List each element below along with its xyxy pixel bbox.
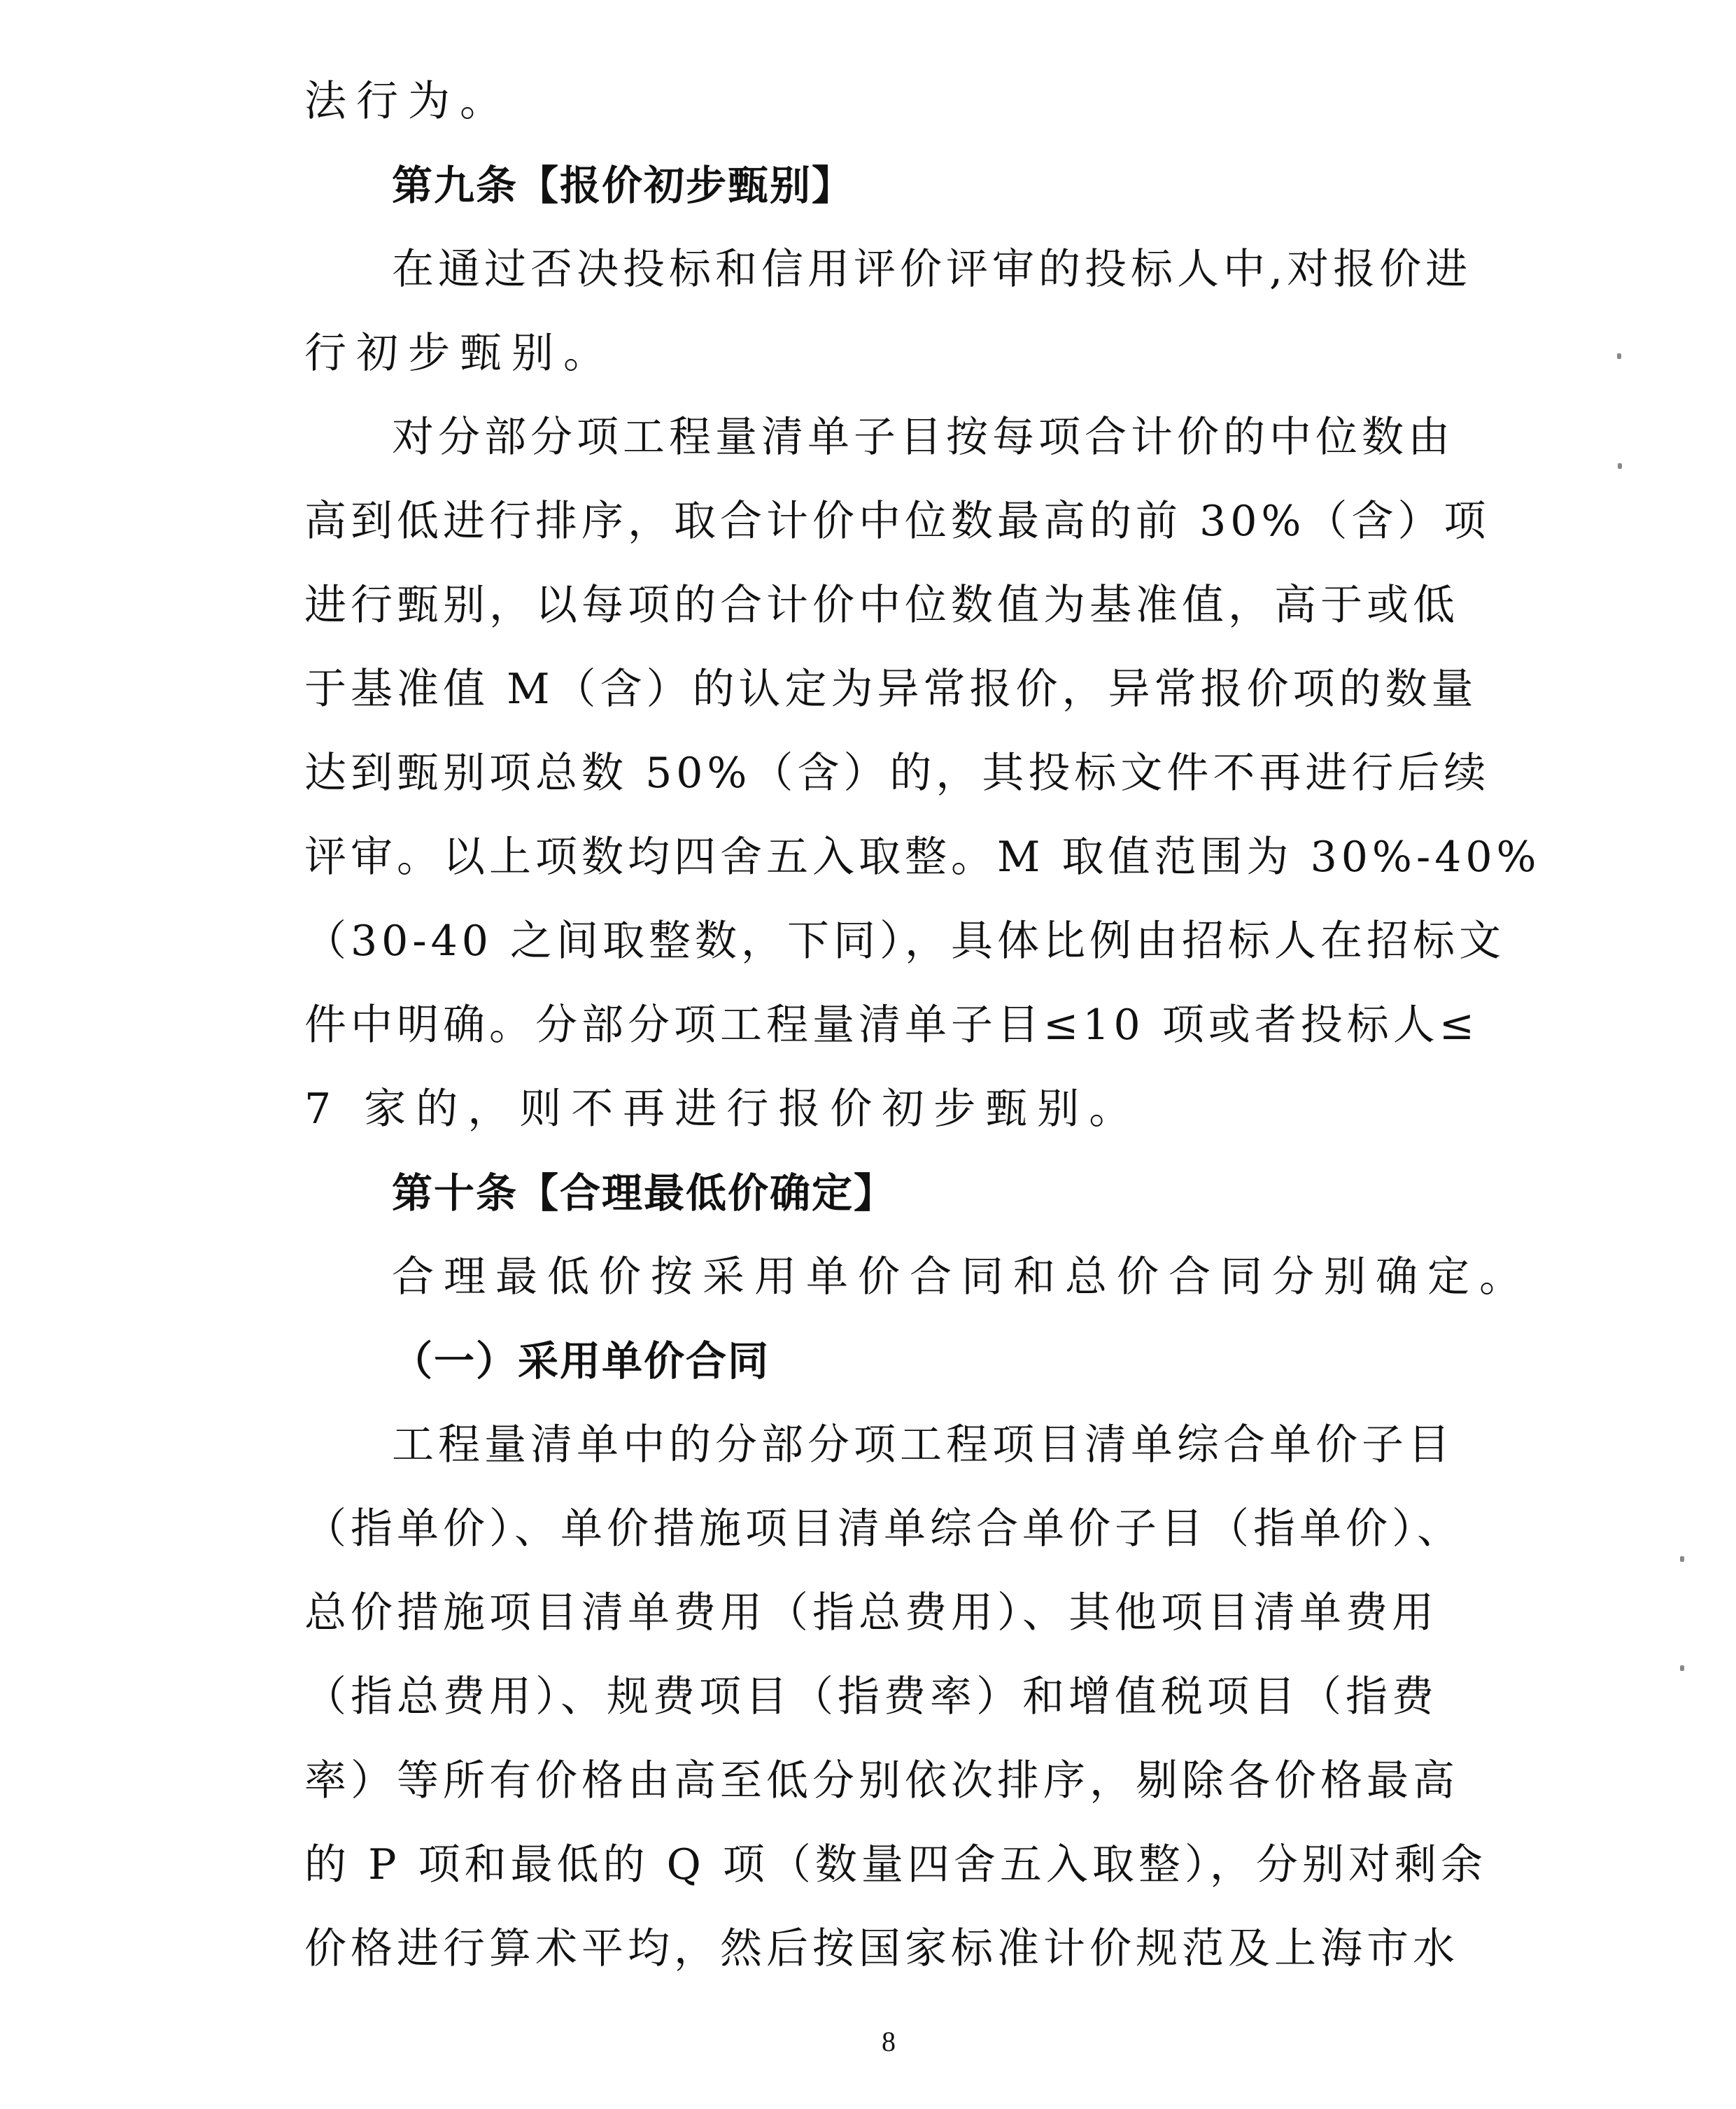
body-line: 在通过否决投标和信用评价评审的投标人中,对报价进 bbox=[392, 227, 1420, 311]
body-line: 件中明确。分部分项工程量清单子目≤10 项或者投标人≤ bbox=[304, 983, 1420, 1067]
body-line: 进行甄别，以每项的合计价中位数值为基准值，高于或低 bbox=[304, 563, 1420, 647]
article-9-heading: 第九条【报价初步甄别】 bbox=[392, 143, 854, 227]
page-number: 8 bbox=[868, 2022, 910, 2061]
body-line: 于基准值 M（含）的认定为异常报价，异常报价项的数量 bbox=[304, 647, 1420, 731]
body-line: 高到低进行排序，取合计价中位数最高的前 30%（含）项 bbox=[304, 479, 1420, 563]
body-line: 的 P 项和最低的 Q 项（数量四舍五入取整），分别对剩余 bbox=[304, 1823, 1420, 1907]
body-line: 工程量清单中的分部分项工程项目清单综合单价子目 bbox=[392, 1403, 1420, 1487]
body-line: （指总费用）、规费项目（指费率）和增值税项目（指费 bbox=[304, 1655, 1420, 1739]
body-line: （30-40 之间取整数，下同），具体比例由招标人在招标文 bbox=[304, 899, 1420, 983]
section-1-heading: （一）采用单价合同 bbox=[392, 1319, 770, 1403]
body-line: 价格进行算术平均，然后按国家标准计价规范及上海市水 bbox=[304, 1907, 1420, 1991]
body-line: （指单价）、单价措施项目清单综合单价子目（指单价）、 bbox=[304, 1487, 1420, 1571]
article-10-heading: 第十条【合理最低价确定】 bbox=[392, 1151, 896, 1235]
scan-speck bbox=[1617, 353, 1621, 359]
paragraph-continuation: 法行为。 bbox=[304, 59, 511, 143]
body-line: 达到甄别项总数 50%（含）的，其投标文件不再进行后续 bbox=[304, 731, 1420, 815]
scan-speck bbox=[1680, 1556, 1684, 1562]
body-line: 评审。以上项数均四舍五入取整。M 取值范围为 30%-40% bbox=[304, 815, 1420, 899]
body-line: 总价措施项目清单费用（指总费用）、其他项目清单费用 bbox=[304, 1571, 1420, 1655]
body-line: 合理最低价按采用单价合同和总价合同分别确定。 bbox=[392, 1235, 1531, 1319]
scan-speck bbox=[1618, 463, 1622, 469]
body-line: 对分部分项工程量清单子目按每项合计价的中位数由 bbox=[392, 395, 1420, 479]
body-line: 行初步甄别。 bbox=[304, 311, 615, 395]
document-page: 法行为。 第九条【报价初步甄别】 在通过否决投标和信用评价评审的投标人中,对报价… bbox=[0, 0, 1736, 2109]
scan-speck bbox=[1680, 1665, 1684, 1671]
body-line: 7 家的，则不再进行报价初步甄别。 bbox=[304, 1067, 1141, 1151]
body-line: 率）等所有价格由高至低分别依次排序，剔除各价格最高 bbox=[304, 1739, 1420, 1823]
